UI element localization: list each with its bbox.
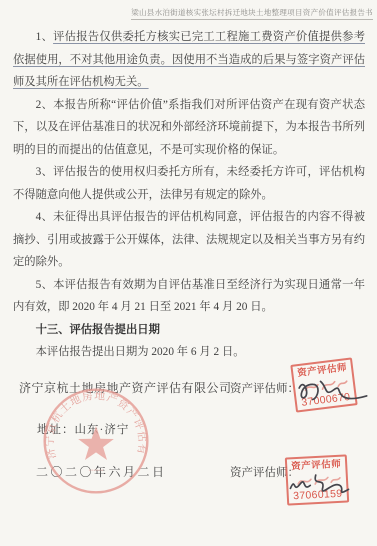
- report-title-header: 梁山县水泊街道核实张坛村拆迁地块土地整理项目资产价值评估报告书: [131, 8, 373, 20]
- seal-star-icon: [78, 426, 114, 460]
- clause-1: 1、评估报告仅供委托方核实已完工工程施工费资产价值提供参考依据使用，不对其他用途…: [13, 26, 365, 94]
- clause-2: 2、本报告所称“评估价值”系指我们对所评估资产在现有资产状态下，以及在评估基准日…: [13, 94, 365, 162]
- stamp-2-name-area: [289, 471, 346, 491]
- seal-subtext: •••••••••: [89, 469, 104, 474]
- company-seal-icon: 济宁京杭土地房地产资产评估有限公司 •••••••••: [40, 385, 152, 497]
- clause-1-underlined-text: 评估报告仅供委托方核实已完工工程施工费资产价值提供参考依据使用，不对其他用途负责…: [13, 31, 365, 88]
- clause-1-number: 1、: [36, 31, 53, 43]
- stamp-2-printed-name-icon: [292, 471, 343, 490]
- clause-5: 5、本评估报告有效期为自评估基准日至经济行为实现日通常一年内有效，即 2020 …: [13, 274, 365, 319]
- section-13-body: 本评估报告提出日期为 2020 年 6 月 2 日。: [13, 341, 365, 364]
- section-13-heading: 十三、评估报告提出日期: [13, 319, 365, 342]
- appraiser-stamp-1: 资产评估师 37000670: [290, 357, 357, 412]
- clause-4: 4、未征得出具评估报告的评估机构同意，评估报告的内容不得被摘抄、引用或披露于公开…: [13, 206, 365, 274]
- report-body: 1、评估报告仅供委托方核实已完工工程施工费资产价值提供参考依据使用，不对其他用途…: [13, 26, 365, 364]
- running-header: 梁山县水泊街道核实张坛村拆迁地块土地整理项目资产价值评估报告书: [60, 7, 373, 18]
- document-page: 梁山县水泊街道核实张坛村拆迁地块土地整理项目资产价值评估报告书 1、评估报告仅供…: [0, 0, 377, 546]
- clause-3: 3、评估报告的使用权归委托方所有，未经委托方许可，评估机构不得随意向他人提供或公…: [13, 161, 365, 206]
- appraiser-stamp-2: 资产评估师 37060159: [285, 454, 349, 505]
- appraiser-label-1: 资产评估师：: [230, 380, 299, 396]
